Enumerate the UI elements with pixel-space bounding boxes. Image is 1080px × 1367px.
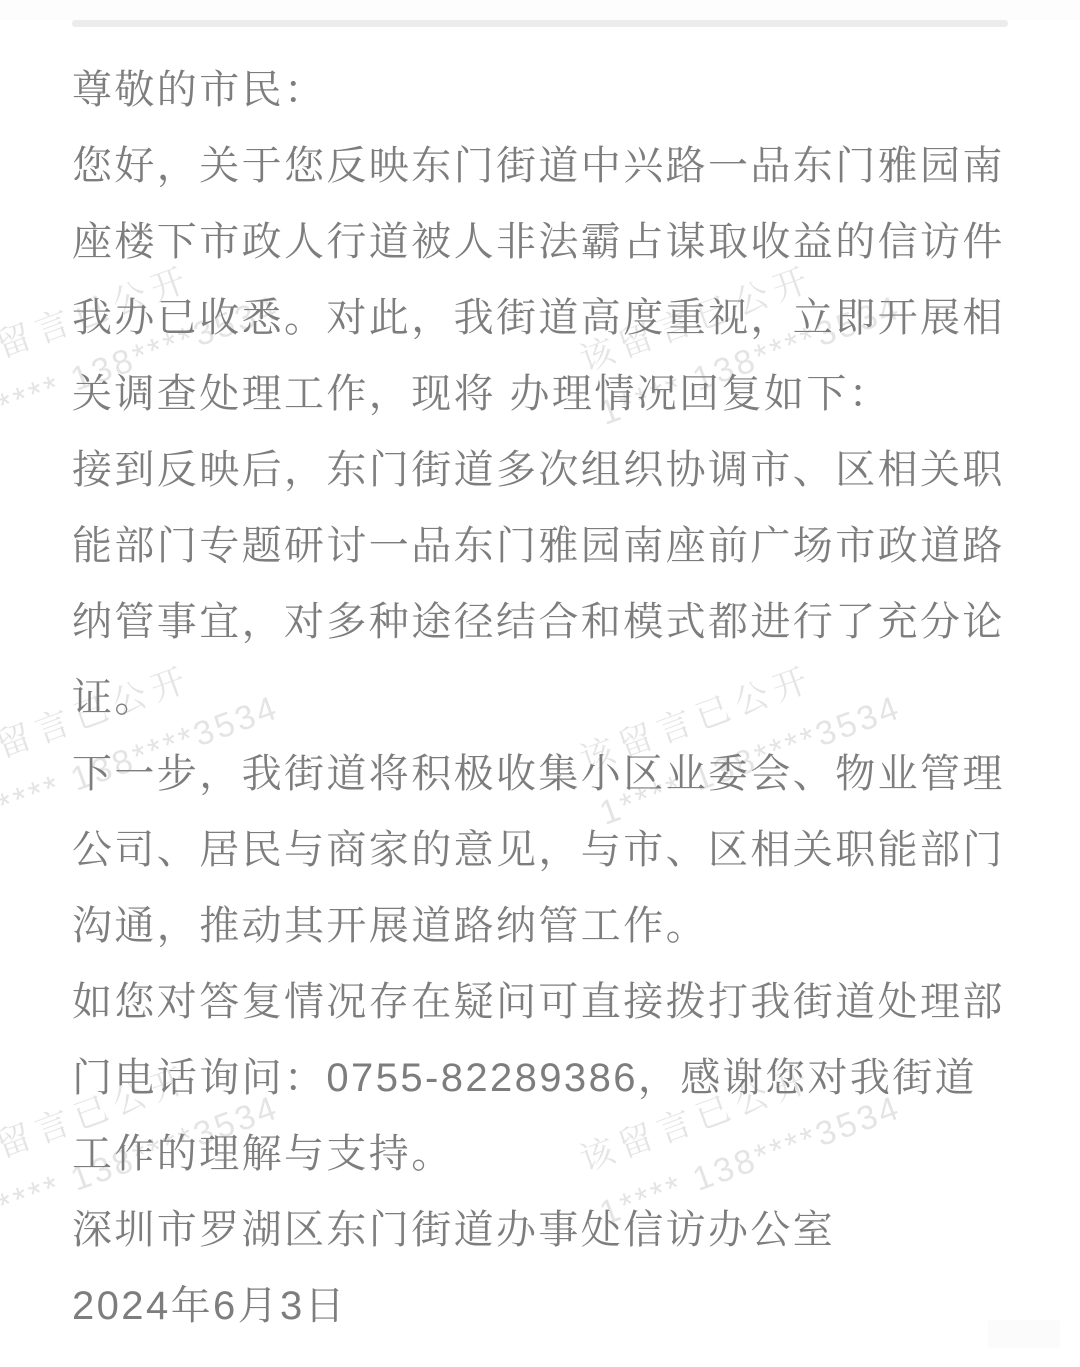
letter-line: 如您对答复情况存在疑问可直接拨打我街道处理部 <box>72 964 1012 1040</box>
letter-line: 接到反映后，东门街道多次组织协调市、区相关职 <box>72 432 1012 508</box>
letter-line: 尊敬的市民： <box>72 52 1012 128</box>
top-strip <box>0 0 1080 20</box>
letter-line: 座楼下市政人行道被人非法霸占谋取收益的信访件 <box>72 204 1012 280</box>
letter-body: 尊敬的市民：您好，关于您反映东门街道中兴路一品东门雅园南座楼下市政人行道被人非法… <box>72 52 1012 1344</box>
letter-line: 工作的理解与支持。 <box>72 1116 1012 1192</box>
letter-line: 您好，关于您反映东门街道中兴路一品东门雅园南 <box>72 128 1012 204</box>
reply-letter-screen: 该留言已公开1**** 138****3534该留言已公开1**** 138**… <box>0 0 1080 1367</box>
letter-line: 证。 <box>72 660 1012 736</box>
letter-line: 门电话询问：0755-82289386，感谢您对我街道 <box>72 1040 1012 1116</box>
letter-line: 2024年6月3日 <box>72 1268 1012 1344</box>
letter-line: 关调查处理工作，现将 办理情况回复如下： <box>72 356 1012 432</box>
top-divider <box>72 20 1008 27</box>
letter-line: 我办已收悉。对此，我街道高度重视，立即开展相 <box>72 280 1012 356</box>
letter-line: 纳管事宜，对多种途径结合和模式都进行了充分论 <box>72 584 1012 660</box>
letter-line: 深圳市罗湖区东门街道办事处信访办公室 <box>72 1192 1012 1268</box>
letter-line: 下一步，我街道将积极收集小区业委会、物业管理 <box>72 736 1012 812</box>
letter-line: 公司、居民与商家的意见，与市、区相关职能部门 <box>72 812 1012 888</box>
letter-line: 能部门专题研讨一品东门雅园南座前广场市政道路 <box>72 508 1012 584</box>
letter-line: 沟通，推动其开展道路纳管工作。 <box>72 888 1012 964</box>
